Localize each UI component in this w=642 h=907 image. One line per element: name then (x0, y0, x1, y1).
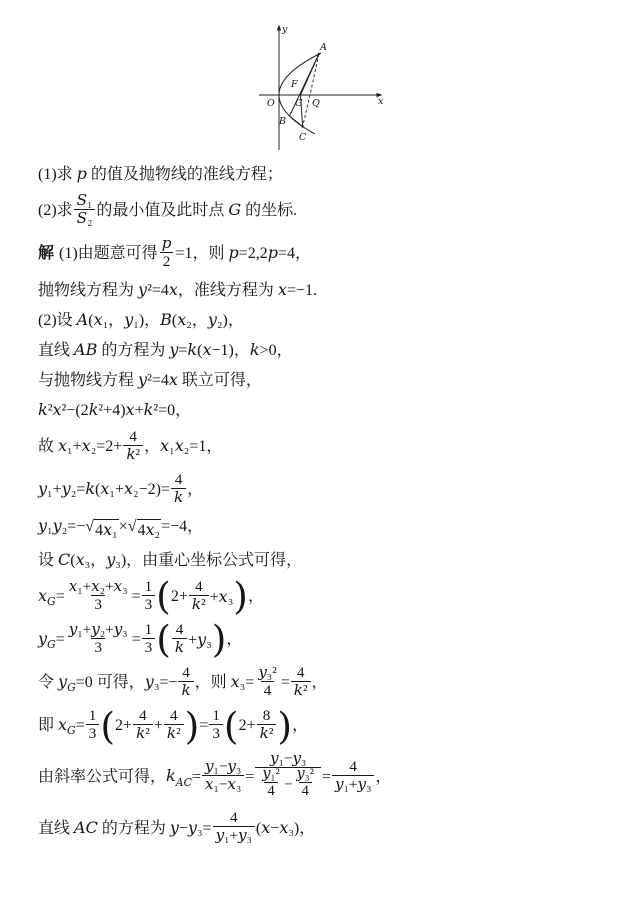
dashed-segment-AQC (303, 54, 319, 127)
solution-line: xG=x₁+x₂+x₃3=13(2+4k²+x₃)， (38, 580, 606, 615)
solution-line: yG=y₁+y₂+y₃3=13(4k+y₃)， (38, 623, 606, 658)
figure-label-Q: Q (312, 98, 320, 109)
solution-line: k²x²−(2k²+4)x+k²=0， (38, 400, 606, 422)
y-axis-arrow-icon (277, 25, 281, 31)
solution-line: 直线 AB 的方程为 y=k(x−1)，k>0， (38, 340, 606, 362)
figure-label-B: B (278, 116, 286, 127)
solution-line: 令 yG=0 可得，y₃=−4k，则 x₃=y₃²4=4k²， (38, 666, 606, 701)
solution-line: 抛物线方程为 y²=4x，准线方程为 x=−1. (38, 280, 606, 302)
solution-line: 设 C(x₃，y₃)，由重心坐标公式可得， (38, 550, 606, 572)
solution-line: 与抛物线方程 y²=4x 联立可得， (38, 370, 606, 392)
parabola-figure-svg: yxOAFGQBC (257, 22, 387, 154)
figure-label-O: O (267, 98, 275, 109)
solution-line: (2)求S₁S₂的最小值及此时点 G 的坐标. (38, 194, 606, 229)
solution-line: (1)求 p 的值及抛物线的准线方程； (38, 164, 606, 186)
solution-line: 解 (1)由题意可得p2=1，则 p=2,2p=4， (38, 237, 606, 272)
figure-label-y: y (281, 24, 288, 35)
figure-label-x: x (378, 96, 384, 107)
solution-line: (2)设 A(x₁，y₁)，B(x₂，y₂)， (38, 310, 606, 332)
solution-lines: (1)求 p 的值及抛物线的准线方程；(2)求S₁S₂的最小值及此时点 G 的坐… (38, 164, 606, 846)
solution-line: 直线 AC 的方程为 y−y₃=4y₁+y₃(x−x₃)， (38, 811, 606, 846)
solution-line: 由斜率公式可得，kAC=y₁−y₃x₁−x₃=y₁−y₃y₁²4−y₃²4=4y… (38, 752, 606, 803)
solution-line: y₁+y₂=k(x₁+x₂−2)=4k， (38, 473, 606, 508)
figure-label-C: C (299, 132, 307, 143)
solution-line: y₁y₂=−√4x₁×√4x₂=−4， (38, 516, 606, 542)
document-page: yxOAFGQBC (1)求 p 的值及抛物线的准线方程；(2)求S₁S₂的最小… (0, 0, 642, 907)
point-C-dot (301, 125, 303, 127)
solution-line: 即 xG=13(2+4k²+4k²)=13(2+8k²)， (38, 709, 606, 744)
figure-label-A: A (319, 42, 327, 53)
segment-BC (290, 116, 303, 127)
figure-label-F: F (290, 79, 298, 90)
figure-label-G: G (295, 98, 303, 109)
parabola-figure: yxOAFGQBC (257, 22, 387, 154)
solution-line: 故 x₁+x₂=2+4k²，x₁x₂=1， (38, 430, 606, 465)
point-A-dot (318, 53, 320, 55)
